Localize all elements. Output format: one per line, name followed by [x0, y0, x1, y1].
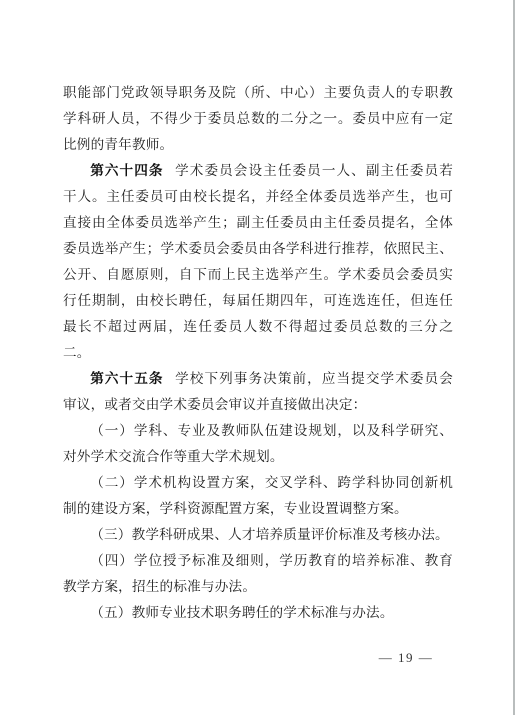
text-line: 职能部门党政领导职务及院（所、中心）主要负责人的专职教: [63, 80, 453, 106]
list-item-1-line: （一）学科、专业及教师队伍建设规划，以及科学研究、: [63, 418, 453, 444]
text-line: 干人。主任委员可由校长提名，并经全体委员选举产生，也可: [63, 184, 453, 210]
list-item-5-line: （五）教师专业技术职务聘任的学术标准与办法。: [63, 600, 453, 626]
text-line: 制的建设方案，学科资源配置方案，专业设置调整方案。: [63, 496, 453, 522]
text-line: 比例的青年教师。: [63, 132, 453, 158]
text-line: 委员选举产生；学术委员会委员由各学科进行推荐，依照民主、: [63, 236, 453, 262]
article-65-heading: 第六十五条: [90, 371, 163, 386]
text-line: 审议，或者交由学术委员会审议并直接做出决定：: [63, 392, 453, 418]
scanned-document-page: 职能部门党政领导职务及院（所、中心）主要负责人的专职教 学科研人员，不得少于委员…: [0, 0, 516, 715]
text-line: 最长不超过两届，连任委员人数不得超过委员总数的三分之: [63, 314, 453, 340]
text-line: 对外学术交流合作等重大学术规划。: [63, 444, 453, 470]
article-64-line: 第六十四条学术委员会设主任委员一人、副主任委员若: [63, 158, 453, 184]
list-item-4-line: （四）学位授予标准及细则，学历教育的培养标准、教育: [63, 548, 453, 574]
text-line: 二。: [63, 340, 453, 366]
text-line: 学科研人员，不得少于委员总数的二分之一。委员中应有一定: [63, 106, 453, 132]
text-line: 直接由全体委员选举产生；副主任委员由主任委员提名，全体: [63, 210, 453, 236]
article-64-heading: 第六十四条: [90, 163, 163, 178]
page-number: — 19 —: [366, 650, 446, 666]
list-item-2-line: （二）学术机构设置方案，交叉学科、跨学科协同创新机: [63, 470, 453, 496]
text-line: 公开、自愿原则，自下而上民主选举产生。学术委员会委员实: [63, 262, 453, 288]
text-line: 教学方案，招生的标准与办法。: [63, 574, 453, 600]
scan-edge-artifact: [513, 0, 515, 715]
text-line: 行任期制，由校长聘任，每届任期四年，可连选连任，但连任: [63, 288, 453, 314]
article-65-line: 第六十五条学校下列事务决策前，应当提交学术委员会: [63, 366, 453, 392]
text-block: 职能部门党政领导职务及院（所、中心）主要负责人的专职教 学科研人员，不得少于委员…: [63, 80, 453, 626]
list-item-3-line: （三）教学科研成果、人才培养质量评价标准及考核办法。: [63, 522, 453, 548]
